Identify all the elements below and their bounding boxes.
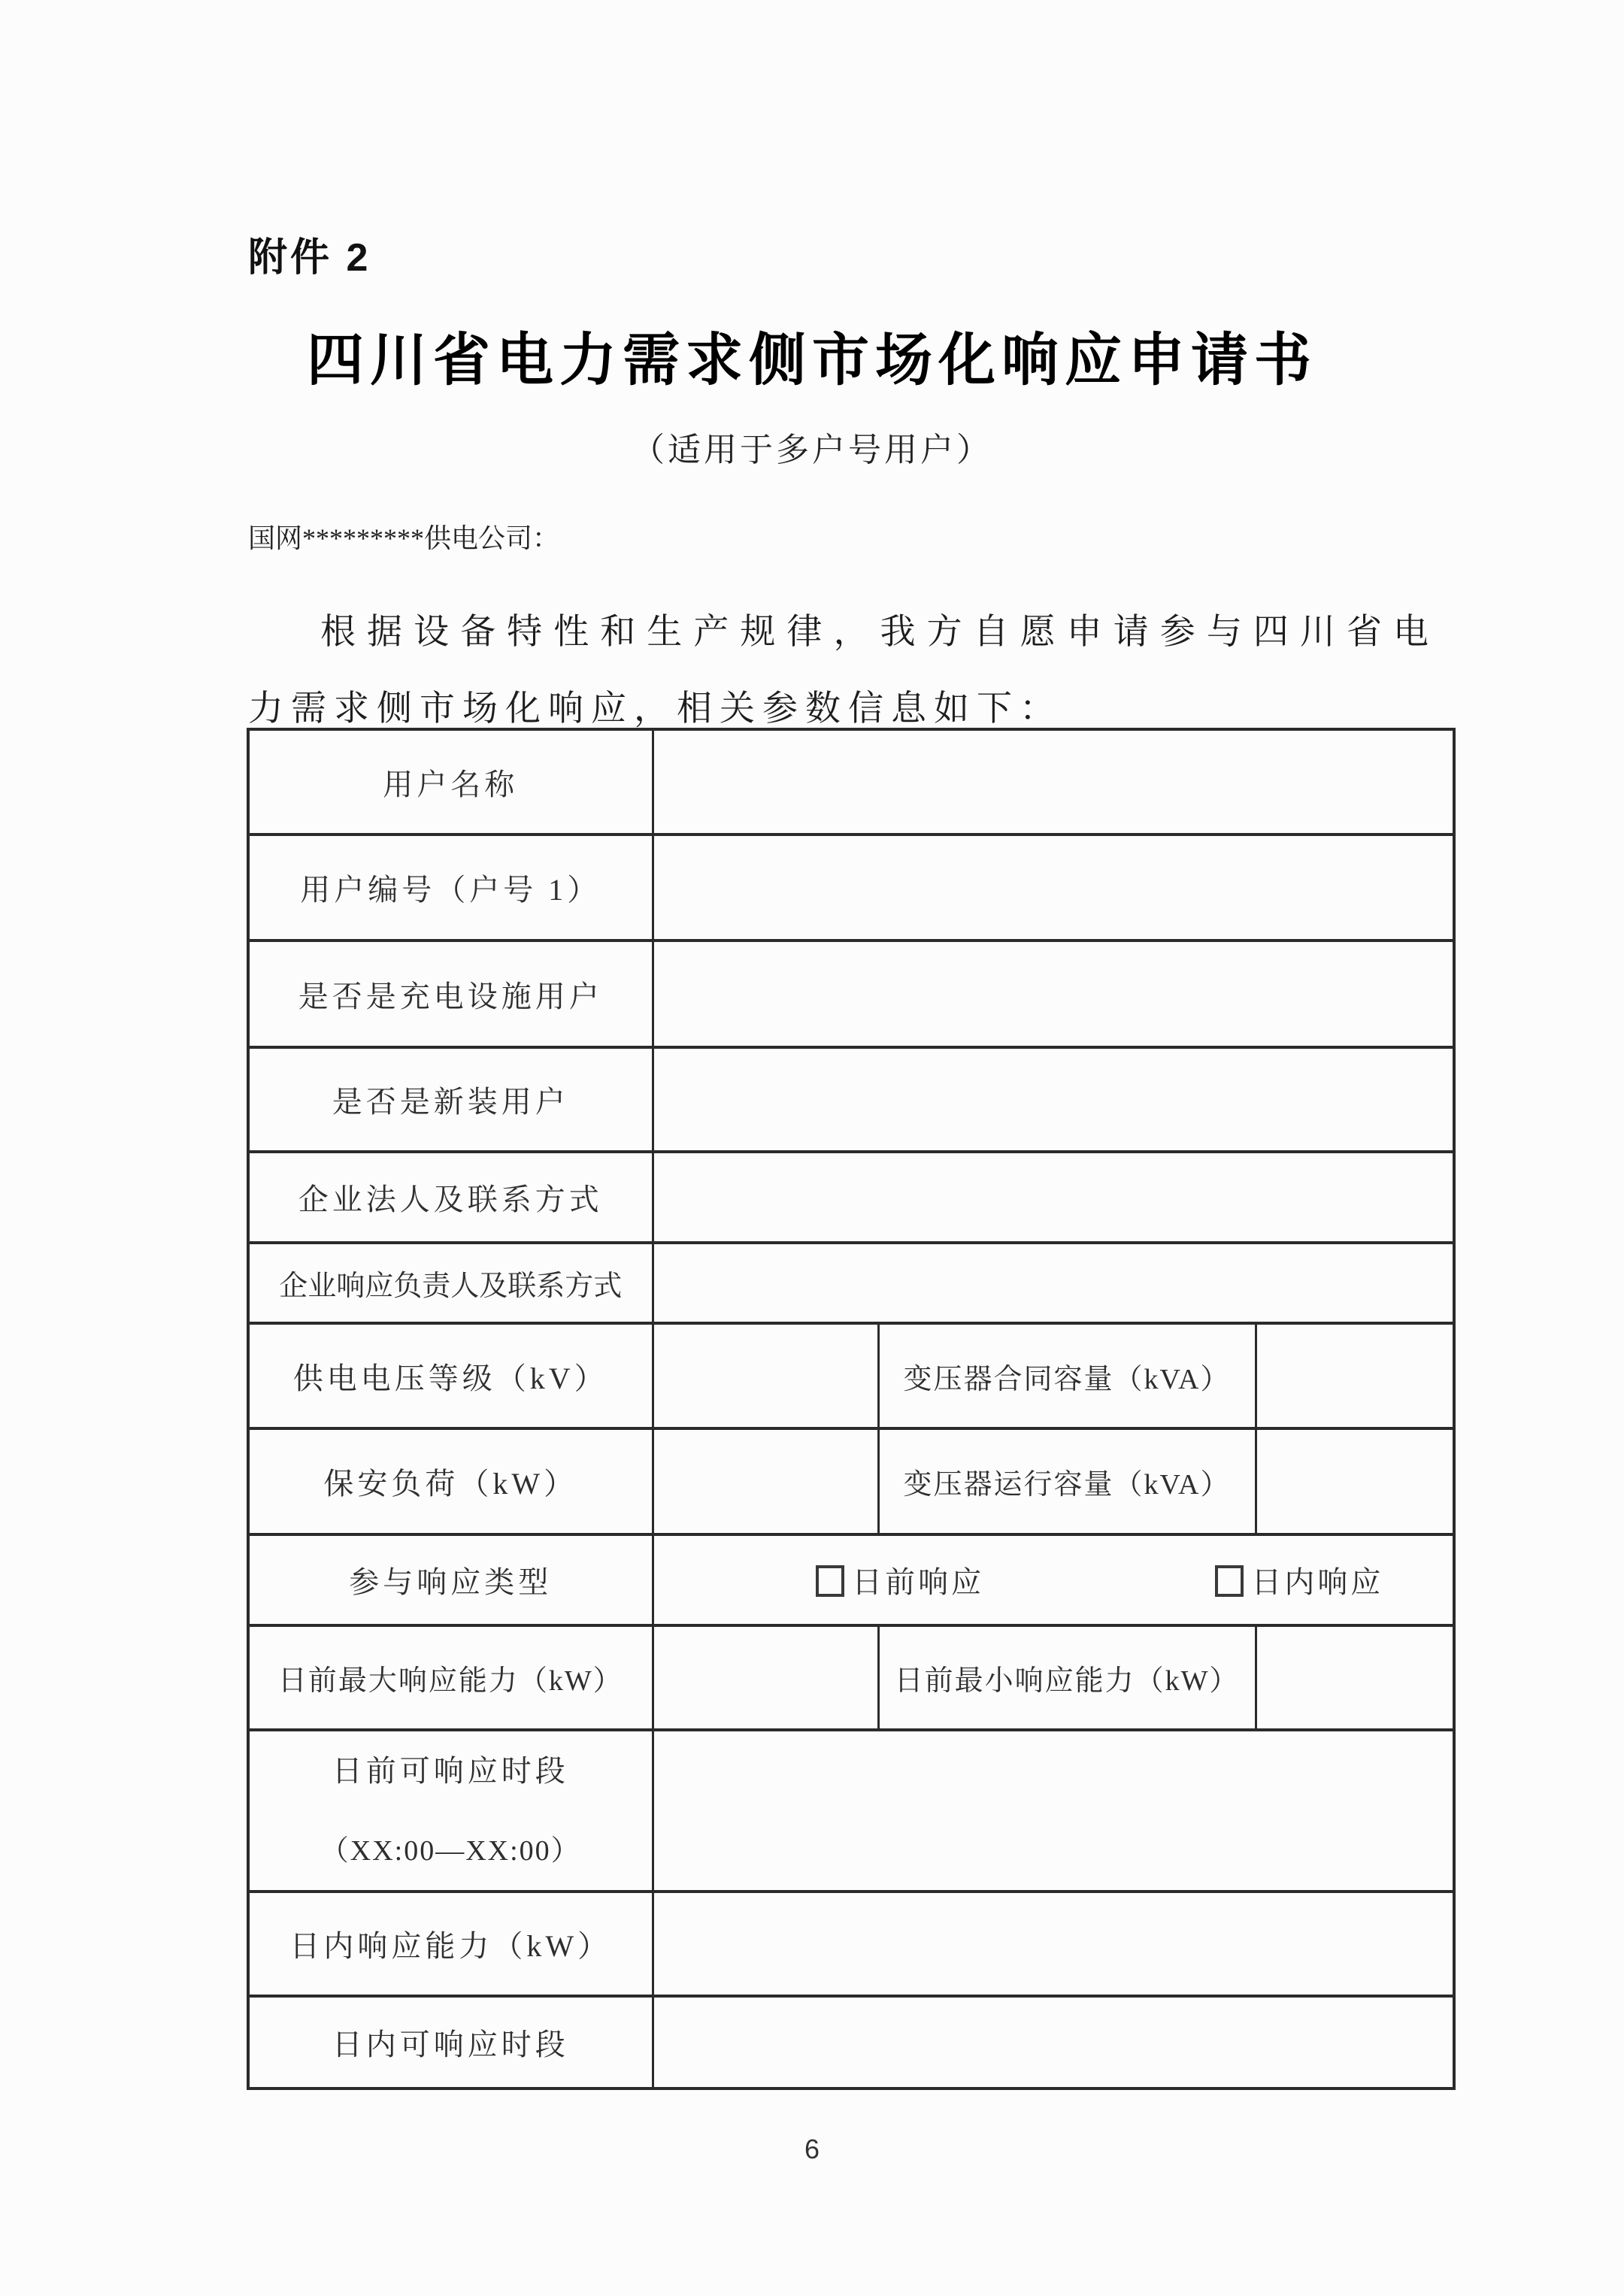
row-label: 保安负荷（kW） [248, 1428, 653, 1534]
value-cell [653, 1152, 1454, 1243]
table-row-day-ahead-period: 日前可响应时段 （XX:00—XX:00） [248, 1730, 1454, 1892]
table-row-intraday-capacity: 日内响应能力（kW） [248, 1892, 1454, 1996]
response-type-options: 日前响应 日内响应 [654, 1558, 1453, 1601]
checkbox-icon [1215, 1565, 1244, 1597]
table-row-intraday-period: 日内可响应时段 [248, 1996, 1454, 2089]
value-cell [1256, 1428, 1454, 1534]
table-row-legal-person: 企业法人及联系方式 [248, 1152, 1454, 1243]
document-title: 四川省电力需求侧市场化响应申请书 [0, 314, 1624, 396]
value-cell [653, 1730, 1454, 1892]
table-row-response-type: 参与响应类型 日前响应 日内响应 [248, 1534, 1454, 1625]
paragraph-line-1: 根据设备特性和生产规律，我方自愿申请参与四川省电 [248, 594, 1435, 671]
table-row-response-manager: 企业响应负责人及联系方式 [248, 1243, 1454, 1323]
table-row-security-load-and-running-capacity: 保安负荷（kW） 变压器运行容量（kVA） [248, 1428, 1454, 1534]
document-subtitle: （适用于多户号用户） [0, 423, 1624, 471]
row-label-line-1: 日前可响应时段 [250, 1755, 652, 1788]
row-label: 日前可响应时段 （XX:00—XX:00） [248, 1730, 653, 1892]
row-label: 是否是新装用户 [248, 1047, 653, 1152]
value-cell [653, 1892, 1454, 1996]
checkbox-icon [816, 1565, 844, 1597]
value-cell: 日前响应 日内响应 [653, 1534, 1454, 1625]
value-cell [653, 1625, 878, 1730]
row-label: 日前最小响应能力（kW） [878, 1625, 1256, 1730]
row-label-line-2: （XX:00—XX:00） [250, 1836, 652, 1867]
table-row-user-number: 用户编号（户号 1） [248, 834, 1454, 941]
row-label: 供电电压等级（kV） [248, 1323, 653, 1428]
row-label: 日内响应能力（kW） [248, 1892, 653, 1996]
value-cell [653, 941, 1454, 1047]
value-cell [653, 1428, 878, 1534]
salutation: 国网*********供电公司： [248, 517, 559, 556]
body-paragraph: 根据设备特性和生产规律，我方自愿申请参与四川省电 力需求侧市场化响应，相关参数信… [248, 594, 1435, 747]
table-row-day-ahead-capacity: 日前最大响应能力（kW） 日前最小响应能力（kW） [248, 1625, 1454, 1730]
checkbox-option-day-ahead: 日前响应 [701, 1558, 1100, 1601]
value-cell [653, 834, 1454, 941]
row-label: 日内可响应时段 [248, 1996, 653, 2089]
table-row-new-install: 是否是新装用户 [248, 1047, 1454, 1152]
row-label: 企业响应负责人及联系方式 [248, 1243, 653, 1323]
row-label: 日前最大响应能力（kW） [248, 1625, 653, 1730]
value-cell [653, 729, 1454, 834]
row-label: 变压器合同容量（kVA） [878, 1323, 1256, 1428]
checkbox-label: 日内响应 [1251, 1558, 1383, 1601]
row-label: 用户编号（户号 1） [248, 834, 653, 941]
value-cell [1256, 1625, 1454, 1730]
value-cell [653, 1996, 1454, 2089]
document-page: 附件 2 四川省电力需求侧市场化响应申请书 （适用于多户号用户） 国网*****… [0, 0, 1624, 2296]
attachment-label: 附件 2 [248, 226, 371, 282]
value-cell [653, 1323, 878, 1428]
page-number: 6 [0, 2134, 1624, 2165]
checkbox-label: 日前响应 [852, 1558, 984, 1601]
row-label: 企业法人及联系方式 [248, 1152, 653, 1243]
value-cell [653, 1047, 1454, 1152]
checkbox-option-intraday: 日内响应 [1100, 1558, 1499, 1601]
application-table: 用户名称 用户编号（户号 1） 是否是充电设施用户 是否是新装用户 企业法人及联… [247, 728, 1456, 2090]
row-label: 参与响应类型 [248, 1534, 653, 1625]
row-label: 变压器运行容量（kVA） [878, 1428, 1256, 1534]
row-label: 是否是充电设施用户 [248, 941, 653, 1047]
table-row-user-name: 用户名称 [248, 729, 1454, 834]
table-row-voltage-and-contract-capacity: 供电电压等级（kV） 变压器合同容量（kVA） [248, 1323, 1454, 1428]
table-row-charging-facility: 是否是充电设施用户 [248, 941, 1454, 1047]
value-cell [653, 1243, 1454, 1323]
row-label: 用户名称 [248, 729, 653, 834]
value-cell [1256, 1323, 1454, 1428]
